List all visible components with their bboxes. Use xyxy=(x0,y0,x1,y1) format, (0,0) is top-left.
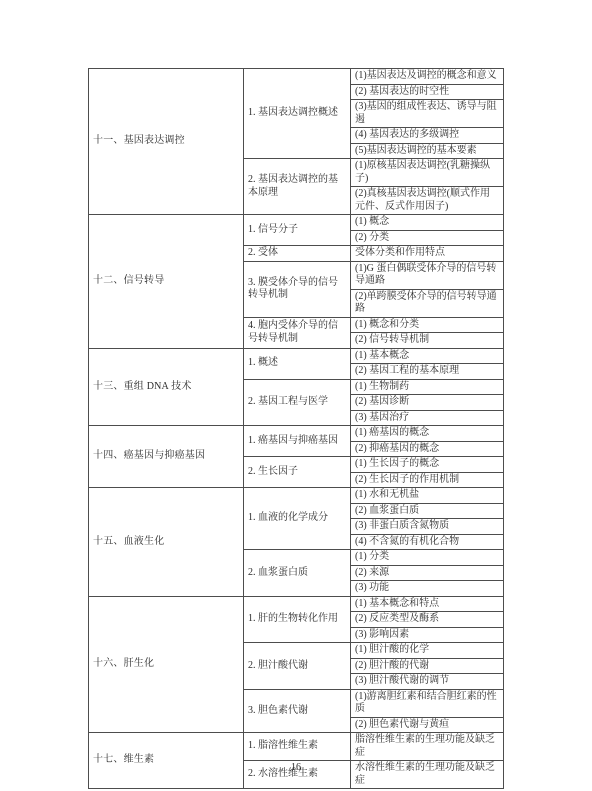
detail-item-cell: (1) 概念和分类 xyxy=(351,317,504,333)
detail-item-cell: (1)G 蛋白偶联受体介导的信号转导通路 xyxy=(351,261,504,289)
syllabus-table: 十一、基因表达调控1. 基因表达调控概述(1)基因表达及调控的概念和意义(2) … xyxy=(88,68,504,789)
detail-item-cell: (3) 功能 xyxy=(351,581,504,597)
subtopic-cell: 2. 生长因子 xyxy=(244,457,351,488)
section-title-cell: 十七、维生素 xyxy=(89,733,244,789)
subtopic-cell: 2. 受体 xyxy=(244,246,351,262)
detail-item-cell: (2) 基因诊断 xyxy=(351,395,504,411)
detail-item-cell: (2) 胆色素代谢与黄疸 xyxy=(351,717,504,733)
subtopic-cell: 2. 基因表达调控的基本原理 xyxy=(244,159,351,215)
table-row: 十七、维生素1. 脂溶性维生素脂溶性维生素的生理功能及缺乏症 xyxy=(89,733,504,761)
detail-item-cell: (2)单跨膜受体介导的信号转导通路 xyxy=(351,289,504,317)
subtopic-cell: 1. 癌基因与抑癌基因 xyxy=(244,426,351,457)
subtopic-cell: 2. 基因工程与医学 xyxy=(244,379,351,426)
detail-item-cell: (4) 基因表达的多级调控 xyxy=(351,128,504,144)
detail-item-cell: (2) 抑癌基因的概念 xyxy=(351,441,504,457)
detail-item-cell: (2) 分类 xyxy=(351,230,504,246)
detail-item-cell: (3) 影响因素 xyxy=(351,627,504,643)
section-title-cell: 十四、癌基因与抑癌基因 xyxy=(89,426,244,488)
detail-item-cell: (1)基因表达及调控的概念和意义 xyxy=(351,69,504,85)
section-title-cell: 十六、肝生化 xyxy=(89,596,244,733)
section-title-cell: 十二、信号转导 xyxy=(89,215,244,349)
subtopic-cell: 2. 血浆蛋白质 xyxy=(244,550,351,597)
detail-item-cell: (1)原核基因表达调控(乳糖操纵子) xyxy=(351,159,504,187)
table-row: 十六、肝生化1. 肝的生物转化作用(1) 基本概念和特点 xyxy=(89,596,504,612)
table-row: 十二、信号转导1. 信号分子(1) 概念 xyxy=(89,215,504,231)
section-title-cell: 十三、重组 DNA 技术 xyxy=(89,348,244,426)
table-row: 十五、血液生化1. 血液的化学成分(1) 水和无机盐 xyxy=(89,488,504,504)
table-row: 十三、重组 DNA 技术1. 概述(1) 基本概念 xyxy=(89,348,504,364)
document-page: 十一、基因表达调控1. 基因表达调控概述(1)基因表达及调控的概念和意义(2) … xyxy=(0,0,592,791)
detail-item-cell: (3)基因的组成性表达、诱导与阻遏 xyxy=(351,100,504,128)
detail-item-cell: (1) 概念 xyxy=(351,215,504,231)
detail-item-cell: (5)基因表达调控的基本要素 xyxy=(351,143,504,159)
section-title-cell: 十一、基因表达调控 xyxy=(89,69,244,215)
detail-item-cell: (3) 胆汁酸代谢的调节 xyxy=(351,674,504,690)
subtopic-cell: 2. 胆汁酸代谢 xyxy=(244,643,351,690)
detail-item-cell: (2) 基因表达的时空性 xyxy=(351,84,504,100)
subtopic-cell: 1. 概述 xyxy=(244,348,351,379)
detail-item-cell: (2)真核基因表达调控(顺式作用元件、反式作用因子) xyxy=(351,187,504,215)
detail-item-cell: (1) 胆汁酸的化学 xyxy=(351,643,504,659)
detail-item-cell: (1) 生长因子的概念 xyxy=(351,457,504,473)
detail-item-cell: (2) 来源 xyxy=(351,565,504,581)
syllabus-table-body: 十一、基因表达调控1. 基因表达调控概述(1)基因表达及调控的概念和意义(2) … xyxy=(89,69,504,789)
detail-item-cell: (2) 胆汁酸的代谢 xyxy=(351,658,504,674)
detail-item-cell: (2) 基因工程的基本原理 xyxy=(351,364,504,380)
detail-item-cell: (1) 生物制药 xyxy=(351,379,504,395)
detail-item-cell: 脂溶性维生素的生理功能及缺乏症 xyxy=(351,733,504,761)
detail-item-cell: (3) 基因治疗 xyxy=(351,410,504,426)
detail-item-cell: (1) 水和无机盐 xyxy=(351,488,504,504)
detail-item-cell: (1) 癌基因的概念 xyxy=(351,426,504,442)
subtopic-cell: 3. 胆色素代谢 xyxy=(244,689,351,733)
subtopic-cell: 1. 血液的化学成分 xyxy=(244,488,351,550)
subtopic-cell: 3. 膜受体介导的信号转导机制 xyxy=(244,261,351,317)
section-title-cell: 十五、血液生化 xyxy=(89,488,244,597)
detail-item-cell: 受体分类和作用特点 xyxy=(351,246,504,262)
detail-item-cell: (1)游离胆红素和结合胆红素的性质 xyxy=(351,689,504,717)
detail-item-cell: (1) 基本概念 xyxy=(351,348,504,364)
subtopic-cell: 1. 信号分子 xyxy=(244,215,351,246)
detail-item-cell: (2) 反应类型及酶系 xyxy=(351,612,504,628)
table-row: 十四、癌基因与抑癌基因1. 癌基因与抑癌基因(1) 癌基因的概念 xyxy=(89,426,504,442)
detail-item-cell: (2) 血浆蛋白质 xyxy=(351,503,504,519)
page-number: 16 xyxy=(0,762,592,773)
detail-item-cell: (4) 不含氮的有机化合物 xyxy=(351,534,504,550)
detail-item-cell: (2) 信号转导机制 xyxy=(351,333,504,349)
detail-item-cell: (1) 基本概念和特点 xyxy=(351,596,504,612)
subtopic-cell: 1. 肝的生物转化作用 xyxy=(244,596,351,643)
subtopic-cell: 1. 基因表达调控概述 xyxy=(244,69,351,159)
detail-item-cell: (3) 非蛋白质含氮物质 xyxy=(351,519,504,535)
subtopic-cell: 1. 脂溶性维生素 xyxy=(244,733,351,761)
table-row: 十一、基因表达调控1. 基因表达调控概述(1)基因表达及调控的概念和意义 xyxy=(89,69,504,85)
detail-item-cell: (1) 分类 xyxy=(351,550,504,566)
subtopic-cell: 4. 胞内受体介导的信号转导机制 xyxy=(244,317,351,348)
detail-item-cell: (2) 生长因子的作用机制 xyxy=(351,472,504,488)
